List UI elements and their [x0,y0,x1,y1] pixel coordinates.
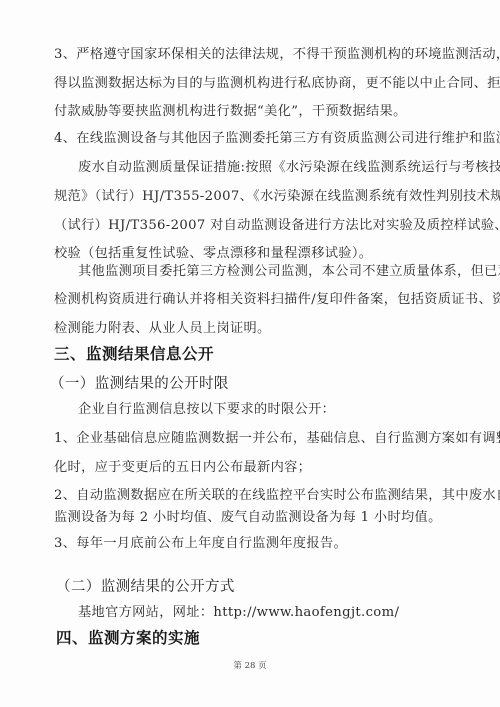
paragraph-line: （试行）HJ/T356-2007 对自动监测设备进行方法比对实验及质控样试验、现… [54,218,500,234]
paragraph-line: 企业自行监测信息按以下要求的时限公开： [78,402,335,418]
list-item: 1、企业基础信息应随监测数据一并公布，基础信息、自行监测方案如有调整变 [54,431,500,447]
list-item: 化时，应于变更后的五日内公布最新内容； [54,460,311,476]
paragraph-line: 付款威胁等要挟监测机构进行数据“美化”，干预数据结果。 [54,104,407,120]
paragraph-line: 得以监测数据达标为目的与监测机构进行私底协商，更不能以中止合同、拒绝 [54,76,500,92]
section-heading: 四、监测方案的实施 [56,629,200,647]
paragraph-line: 规范》（试行）HJ/T355-2007、《水污染源在线监测系统有效性判别技术规范… [54,189,500,205]
document-page: 3、严格遵守国家环保相关的法律法规，不得干预监测机构的环境监测活动，不 得以监测… [0,0,500,707]
list-item: 监测设备为每 2 小时均值、废气自动监测设备为每 1 小时均值。 [54,510,442,526]
website-line[interactable]: 基地官方网站，网址：http://www.haofengjt.com/ [78,605,399,621]
paragraph-line: 其他监测项目委托第三方检测公司监测，本公司不建立质量体系，但已对 [78,264,500,280]
paragraph-line: 检测机构资质进行确认并将相关资料扫描件/复印件备案，包括资质证书、资质 [54,292,500,308]
paragraph-line: 检测能力附表、从业人员上岗证明。 [54,321,271,337]
subsection-heading: （一）监测结果的公开时限 [50,375,229,393]
paragraph-line: 校验（包括重复性试验、零点漂移和量程漂移试验）。 [54,246,372,262]
list-item: 2、自动监测数据应在所关联的在线监控平台实时公布监测结果，其中废水自动 [54,488,500,504]
paragraph-line: 3、严格遵守国家环保相关的法律法规，不得干预监测机构的环境监测活动，不 [54,47,500,63]
section-heading: 三、监测结果信息公开 [54,345,214,363]
subsection-heading: （二）监测结果的公开方式 [56,578,235,596]
paragraph-line: 废水自动监测质量保证措施:按照《水污染源在线监测系统运行与考核技术 [78,160,500,176]
paragraph-line: 4、在线监测设备与其他因子监测委托第三方有资质监测公司进行维护和监测。 [54,131,500,147]
list-item: 3、每年一月底前公布上年度自行监测年度报告。 [54,536,347,552]
page-number: 第 28 页 [0,659,500,671]
